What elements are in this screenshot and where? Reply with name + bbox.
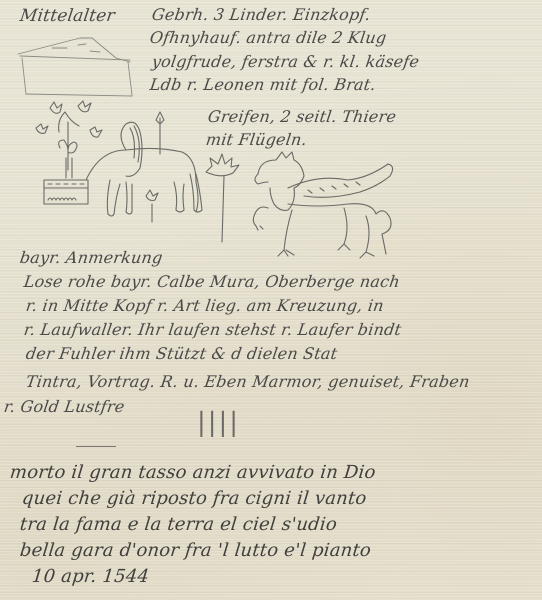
note-bayr-heading: bayr. Anmerkung [19, 248, 164, 267]
poem-line-2: quei che già riposto fra cigni il vanto [21, 488, 368, 509]
poem-line-3: tra la fama e la terra el ciel s'udio [19, 514, 338, 535]
note-middle-line-3: r. Laufwaller. Ihr laufen stehst r. Lauf… [23, 320, 403, 339]
divider-dash [76, 446, 116, 447]
note-middle-line-2: r. in Mitte Kopf r. Art lieg. am Kreuzun… [25, 296, 386, 315]
poem-line-1: morto il gran tasso anzi avvivato in Dio [9, 462, 377, 483]
horse-rider-sketch [86, 110, 206, 225]
manuscript-page: Mittelalter Gebrh. 3 Linder. Einzkopf. O… [0, 0, 542, 600]
tally-marks: |||| [197, 408, 240, 438]
flower-sketch [204, 150, 244, 245]
box-sketch [12, 32, 142, 102]
heading-mittelalter: Mittelalter [19, 6, 117, 26]
note-middle-line-4: der Fuhler ihm Stützt & d dielen Stat [25, 344, 339, 363]
note-lower-line-2: r. Gold Lustfre [3, 397, 126, 416]
note-middle-line-1: Lose rohe bayr. Calbe Mura, Oberberge na… [23, 272, 402, 291]
note-line-1: Gebrh. 3 Linder. Einzkopf. [151, 5, 372, 24]
note-lower-line-1: Tintra, Vortrag. R. u. Eben Marmor, genu… [25, 372, 471, 391]
sketch-caption-line-2: mit Flügeln. [205, 130, 309, 149]
sketch-caption-line-1: Greifen, 2 seitl. Thiere [207, 107, 398, 126]
date: 10 apr. 1544 [31, 566, 150, 587]
note-line-2: Ofhnyhauf. antra dile 2 Klug [149, 28, 388, 47]
griffin-sketch [248, 148, 398, 268]
poem-line-4: bella gara d'onor fra 'l lutto e'l piant… [19, 540, 372, 561]
note-line-3: yolgfrude, ferstra & r. kl. käsefe [151, 52, 421, 71]
note-line-4: Ldb r. Leonen mit fol. Brat. [149, 75, 378, 94]
